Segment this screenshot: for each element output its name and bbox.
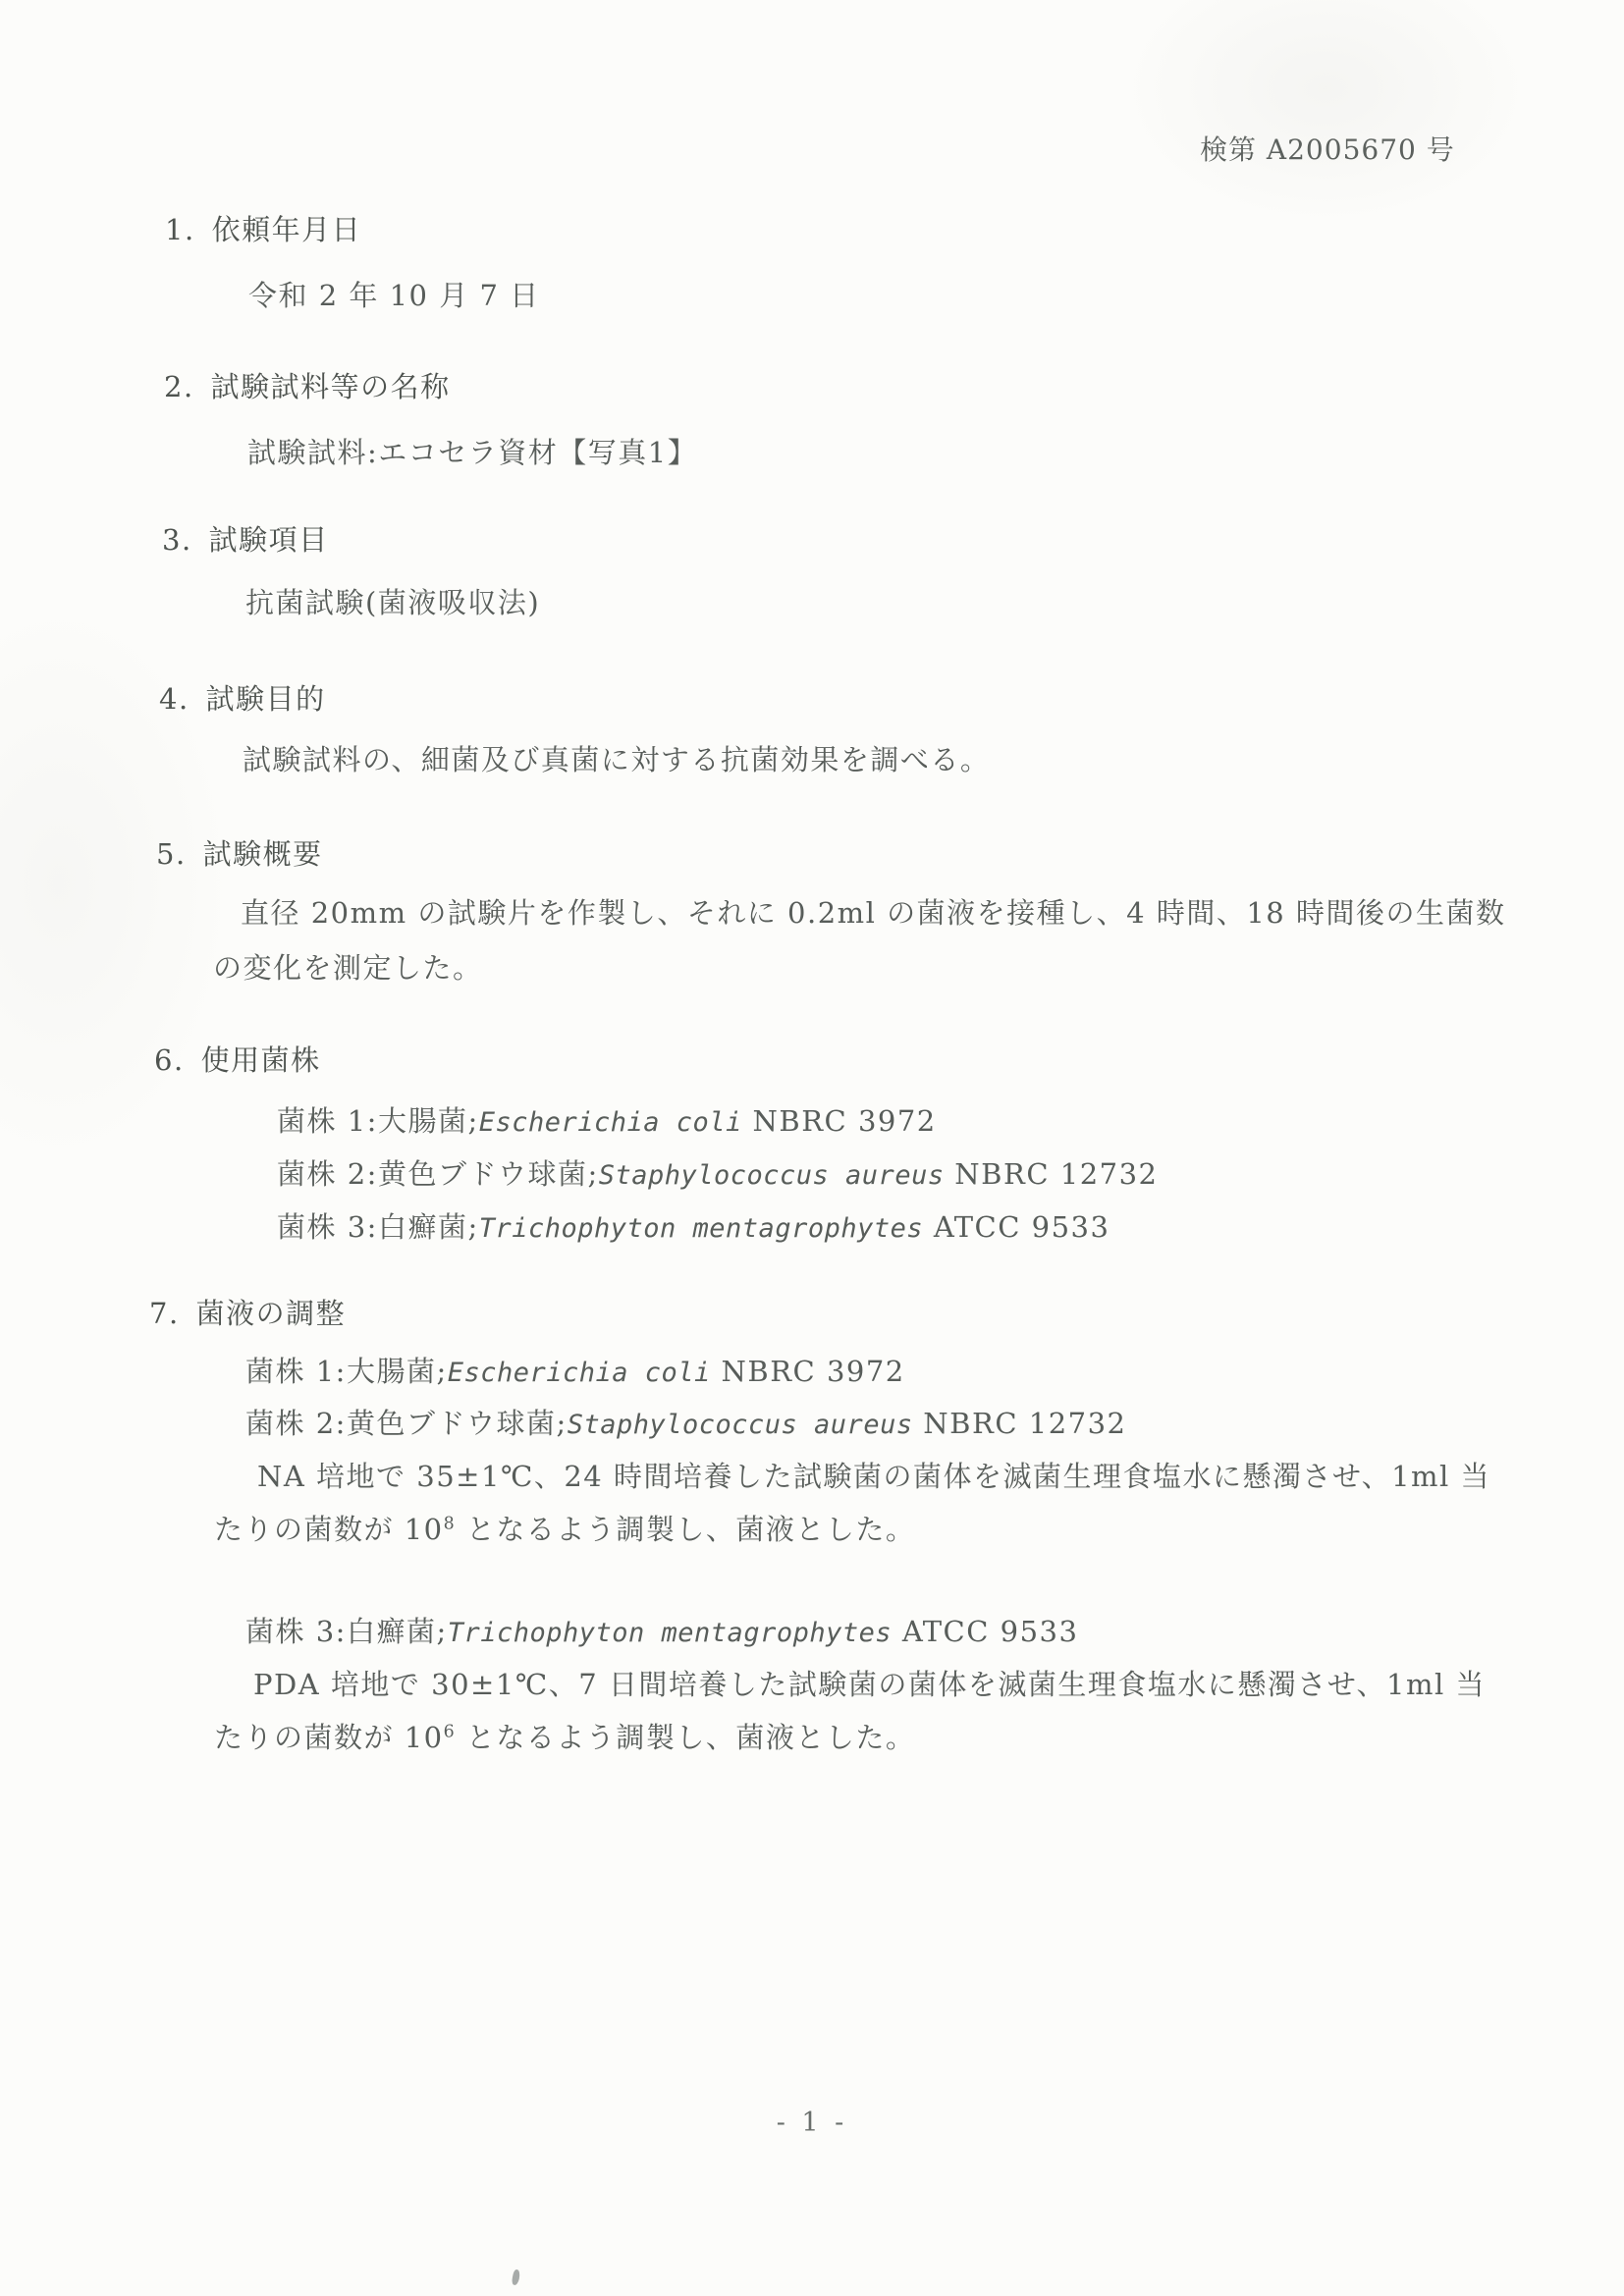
section-4-heading: 4.試験目的: [159, 677, 326, 718]
section-7-title: 菌液の調整: [196, 1297, 347, 1330]
prep-strain-2: 菌株 2:黄色ブドウ球菌;Staphylococcus aureus NBRC …: [245, 1402, 1127, 1442]
report-reference-number: 検第 A2005670 号: [1200, 129, 1455, 168]
section-5-number: 5.: [156, 837, 187, 871]
strain-2-saureus: 菌株 2:黄色ブドウ球菌;Staphylococcus aureus NBRC …: [277, 1152, 1159, 1193]
section-6-title: 使用菌株: [201, 1043, 321, 1077]
prep-strain-1: 菌株 1:大腸菌;Escherichia coli NBRC 3972: [245, 1350, 905, 1390]
section-4-title: 試験目的: [206, 682, 326, 716]
section-7-number: 7.: [149, 1297, 180, 1330]
prep-strain-3: 菌株 3:白癬菌;Trichophyton mentagrophytes ATC…: [245, 1610, 1078, 1650]
prep-bacteria-line-2: たりの菌数が 108 となるよう調製し、菌液とした。: [214, 1508, 915, 1548]
page-number: - 1 -: [0, 2108, 1624, 2138]
test-item: 抗菌試験(菌液吸収法): [245, 581, 540, 621]
test-summary-line-2: の変化を測定した。: [213, 946, 483, 987]
section-3-heading: 3.試験項目: [162, 518, 329, 559]
section-1-heading: 1.依頼年月日: [165, 208, 361, 248]
strain-3-trichophyton: 菌株 3:白癬菌;Trichophyton mentagrophytes ATC…: [277, 1205, 1110, 1246]
test-purpose: 試験試料の、細菌及び真菌に対する抗菌効果を調べる。: [243, 738, 990, 778]
section-7-heading: 7.菌液の調整: [149, 1292, 346, 1332]
section-5-title: 試験概要: [203, 837, 323, 871]
section-4-number: 4.: [159, 682, 189, 716]
section-1-title: 依頼年月日: [212, 213, 362, 246]
prep-bacteria-line-1: NA 培地で 35±1℃、24 時間培養した試験菌の菌体を滅菌生理食塩水に懸濁さ…: [257, 1455, 1490, 1495]
sample-name: 試験試料:エコセラ資材【写真1】: [247, 431, 697, 471]
prep-fungus-line-1: PDA 培地で 30±1℃、7 日間培養した試験菌の菌体を滅菌生理食塩水に懸濁さ…: [253, 1663, 1486, 1703]
section-3-title: 試験項目: [209, 523, 329, 557]
section-2-number: 2.: [164, 370, 194, 403]
scan-artifact: [511, 2269, 520, 2285]
section-1-number: 1.: [165, 213, 195, 246]
section-3-number: 3.: [162, 523, 192, 557]
section-5-heading: 5.試験概要: [156, 832, 323, 873]
test-summary-line-1: 直径 20mm の試験片を作製し、それに 0.2ml の菌液を接種し、4 時間、…: [241, 891, 1505, 932]
section-2-title: 試験試料等の名称: [211, 370, 451, 403]
section-2-heading: 2.試験試料等の名称: [164, 365, 451, 405]
scanned-report-page: 検第 A2005670 号 1.依頼年月日 令和 2 年 10 月 7 日 2.…: [0, 0, 1624, 2296]
prep-fungus-line-2: たりの菌数が 106 となるよう調製し、菌液とした。: [214, 1716, 915, 1756]
request-date: 令和 2 年 10 月 7 日: [248, 274, 540, 314]
section-6-number: 6.: [154, 1043, 185, 1077]
section-6-heading: 6.使用菌株: [154, 1039, 321, 1079]
strain-1-ecoli: 菌株 1:大腸菌;Escherichia coli NBRC 3972: [277, 1099, 937, 1140]
